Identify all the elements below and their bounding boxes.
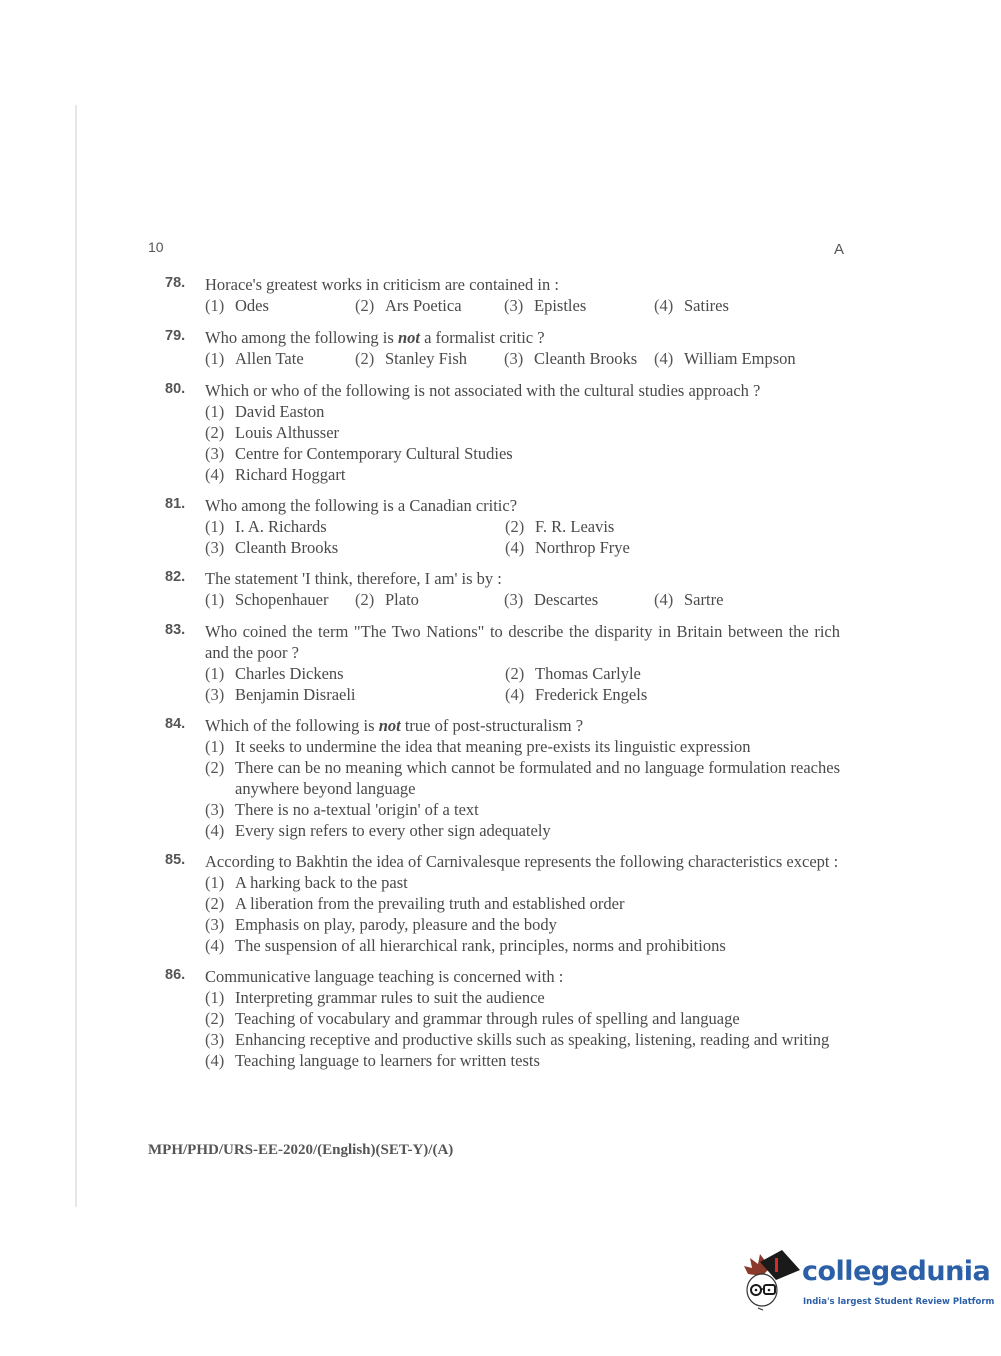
question-text: Who among the following is a Canadian cr… bbox=[205, 495, 840, 516]
question-81: 81. Who among the following is a Canadia… bbox=[165, 495, 840, 558]
question-text: Who coined the term "The Two Nations" to… bbox=[205, 621, 840, 663]
option-2: (2)There can be no meaning which cannot … bbox=[205, 757, 840, 799]
question-number: 86. bbox=[165, 967, 185, 983]
question-number: 81. bbox=[165, 496, 185, 512]
options: (1)I. A. Richards (2)F. R. Leavis (3)Cle… bbox=[205, 516, 840, 558]
option-3: (3)Descartes bbox=[504, 589, 654, 611]
option-1: (1)Charles Dickens bbox=[205, 663, 505, 684]
question-list: 78. Horace's greatest works in criticism… bbox=[165, 274, 840, 1081]
question-83: 83. Who coined the term "The Two Nations… bbox=[165, 621, 840, 705]
question-number: 85. bbox=[165, 852, 185, 868]
option-4: (4)Teaching language to learners for wri… bbox=[205, 1050, 840, 1071]
option-1: (1)Allen Tate bbox=[205, 348, 355, 370]
options: (1)A harking back to the past (2)A liber… bbox=[205, 872, 840, 956]
option-2: (2)Teaching of vocabulary and grammar th… bbox=[205, 1008, 840, 1029]
option-1: (1)Odes bbox=[205, 295, 355, 317]
question-number: 82. bbox=[165, 569, 185, 585]
option-1: (1)A harking back to the past bbox=[205, 872, 840, 893]
option-2: (2)Stanley Fish bbox=[355, 348, 504, 370]
option-2: (2)F. R. Leavis bbox=[505, 516, 805, 537]
question-number: 84. bbox=[165, 716, 185, 732]
question-text: According to Bakhtin the idea of Carniva… bbox=[205, 851, 840, 872]
emphasis-not: not bbox=[379, 716, 401, 735]
option-4: (4)Northrop Frye bbox=[505, 537, 805, 558]
options: (1)Allen Tate (2)Stanley Fish (3)Cleanth… bbox=[205, 348, 840, 370]
option-4: (4)Richard Hoggart bbox=[205, 464, 840, 485]
question-text: Communicative language teaching is conce… bbox=[205, 966, 840, 987]
options: (1)David Easton (2)Louis Althusser (3)Ce… bbox=[205, 401, 840, 485]
question-82: 82. The statement 'I think, therefore, I… bbox=[165, 568, 840, 611]
paper-code-footer: MPH/PHD/URS-EE-2020/(English)(SET-Y)/(A) bbox=[148, 1142, 453, 1159]
option-3: (3)There is no a-textual 'origin' of a t… bbox=[205, 799, 840, 820]
page-number: 10 bbox=[148, 239, 164, 255]
option-2: (2)Louis Althusser bbox=[205, 422, 840, 443]
question-text: Which of the following is not true of po… bbox=[205, 715, 840, 736]
option-3: (3)Cleanth Brooks bbox=[205, 537, 505, 558]
question-text: The statement 'I think, therefore, I am'… bbox=[205, 568, 840, 589]
option-2: (2)Plato bbox=[355, 589, 504, 611]
question-78: 78. Horace's greatest works in criticism… bbox=[165, 274, 840, 317]
question-number: 79. bbox=[165, 328, 185, 344]
option-4: (4)Satires bbox=[654, 295, 729, 317]
logo-tagline: India's largest Student Review Platform bbox=[803, 1297, 994, 1307]
question-text: Horace's greatest works in criticism are… bbox=[205, 274, 840, 295]
option-4: (4)Every sign refers to every other sign… bbox=[205, 820, 840, 841]
option-1: (1)I. A. Richards bbox=[205, 516, 505, 537]
option-3: (3)Epistles bbox=[504, 295, 654, 317]
option-3: (3)Centre for Contemporary Cultural Stud… bbox=[205, 443, 840, 464]
option-3: (3)Cleanth Brooks bbox=[504, 348, 654, 370]
emphasis-not: not bbox=[398, 328, 420, 347]
option-4: (4)Sartre bbox=[654, 589, 723, 611]
options: (1)Interpreting grammar rules to suit th… bbox=[205, 987, 840, 1071]
question-80: 80. Which or who of the following is not… bbox=[165, 380, 840, 485]
question-84: 84. Which of the following is not true o… bbox=[165, 715, 840, 841]
collegedunia-logo: collegedunia .com India's largest Studen… bbox=[742, 1248, 972, 1318]
option-4: (4)Frederick Engels bbox=[505, 684, 805, 705]
option-3: (3)Benjamin Disraeli bbox=[205, 684, 505, 705]
question-text: Who among the following is not a formali… bbox=[205, 327, 840, 348]
option-2: (2)A liberation from the prevailing trut… bbox=[205, 893, 840, 914]
logo-domain-suffix: .com bbox=[957, 1264, 964, 1279]
option-2: (2)Ars Poetica bbox=[355, 295, 504, 317]
graduate-mascot-icon bbox=[742, 1248, 802, 1313]
option-1: (1)It seeks to undermine the idea that m… bbox=[205, 736, 840, 757]
question-79: 79. Who among the following is not a for… bbox=[165, 327, 840, 370]
question-number: 83. bbox=[165, 622, 185, 638]
option-1: (1)Schopenhauer bbox=[205, 589, 355, 611]
option-3: (3)Enhancing receptive and productive sk… bbox=[205, 1029, 840, 1050]
question-number: 80. bbox=[165, 381, 185, 397]
option-4: (4)William Empson bbox=[654, 348, 796, 370]
options: (1)Schopenhauer (2)Plato (3)Descartes (4… bbox=[205, 589, 840, 611]
option-4: (4)The suspension of all hierarchical ra… bbox=[205, 935, 840, 956]
question-86: 86. Communicative language teaching is c… bbox=[165, 966, 840, 1071]
option-2: (2)Thomas Carlyle bbox=[505, 663, 805, 684]
option-3: (3)Emphasis on play, parody, pleasure an… bbox=[205, 914, 840, 935]
question-text: Which or who of the following is not ass… bbox=[205, 380, 840, 401]
question-number: 78. bbox=[165, 275, 185, 291]
scan-margin-line bbox=[75, 105, 77, 1207]
option-1: (1)Interpreting grammar rules to suit th… bbox=[205, 987, 840, 1008]
question-85: 85. According to Bakhtin the idea of Car… bbox=[165, 851, 840, 956]
options: (1)Odes (2)Ars Poetica (3)Epistles (4)Sa… bbox=[205, 295, 840, 317]
set-letter: A bbox=[834, 241, 844, 258]
option-1: (1)David Easton bbox=[205, 401, 840, 422]
options: (1)It seeks to undermine the idea that m… bbox=[205, 736, 840, 841]
options: (1)Charles Dickens (2)Thomas Carlyle (3)… bbox=[205, 663, 840, 705]
